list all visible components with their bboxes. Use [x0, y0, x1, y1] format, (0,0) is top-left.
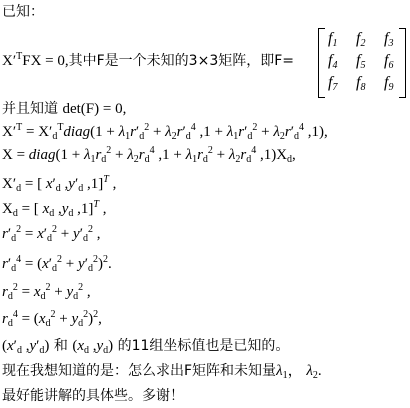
question-text: 现在我想知道的是：怎么求出F矩阵和未知量: [2, 363, 276, 379]
known-rest-text: 的11组坐标值也是已知的。: [118, 338, 290, 354]
matrix-cell: f6: [384, 52, 393, 70]
matrix-cell: f5: [356, 52, 365, 70]
equation-x: X = diag(1 + λ1rd2 + λ2rd4 ,1 + λ1rd2 + …: [2, 146, 296, 164]
equation-xd: Xd = [ xd ,yd ,1]T ,: [2, 200, 106, 218]
det-line: 并且知道 det(F) = 0,: [2, 100, 126, 118]
matrix-cell: f8: [356, 74, 365, 92]
det-line-math: det(F) = 0,: [62, 101, 126, 117]
equation-1: X′TFX = 0,其中F是一个未知的3×3矩阵，即F=: [2, 52, 294, 70]
equation-r-4: rd4 = (xd2 + yd2)2,: [2, 310, 102, 328]
matrix-cell: f3: [384, 30, 393, 48]
equation-r-prime-2: r′d2 = x′d2 + y′d2 ,: [2, 225, 100, 243]
known-points-line: (x′d ,y′d) 和 (xd ,yd) 的11组坐标值也是已知的。: [2, 337, 289, 355]
equation-1-text: 其中F是一个未知的3×3矩阵，即F=: [69, 53, 294, 69]
equation-r-2: rd2 = xd2 + yd2 ,: [2, 283, 91, 301]
matrix-cell: f7: [328, 74, 337, 92]
thanks-text: 最好能讲解的具体些。多谢！: [2, 387, 184, 405]
equation-x-prime-t: X′T = X′dTdiag(1 + λ1r′d2 + λ2r′d4 ,1 + …: [2, 123, 328, 141]
matrix-cell: f1: [328, 30, 337, 48]
question-line: 现在我想知道的是：怎么求出F矩阵和未知量λ1， λ2.: [2, 362, 322, 380]
right-bracket: [399, 28, 406, 98]
equation-xd-prime: X′d = [ x′d ,y′d ,1]T ,: [2, 175, 116, 193]
and-text: 和: [54, 338, 68, 354]
left-bracket: [318, 28, 325, 98]
det-line-text: 并且知道: [2, 101, 58, 117]
matrix-cell: f4: [328, 52, 337, 70]
matrix-cell: f2: [356, 30, 365, 48]
matrix-cell: f9: [384, 74, 393, 92]
matrix-F: f1 f2 f3 f4 f5 f6 f7 f8 f9: [318, 28, 406, 98]
equation-r-prime-4: r′d4 = (x′d2 + y′d2)2.: [2, 255, 112, 273]
intro-text: 已知：: [2, 3, 44, 21]
